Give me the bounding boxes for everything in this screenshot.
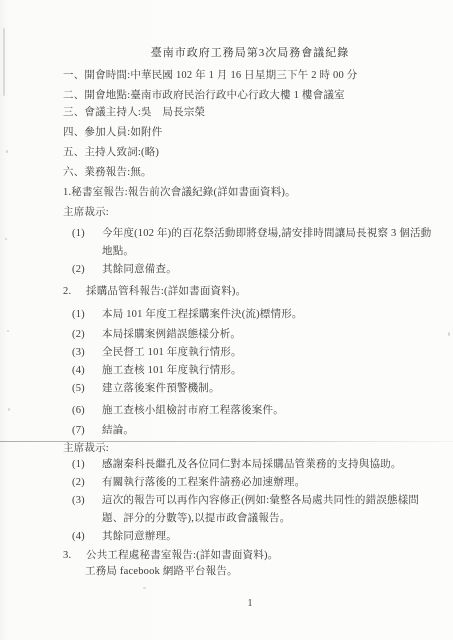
business-report-line: 六、業務報告:無。	[63, 166, 437, 180]
opening-remarks-line: 五、主持人致詞:(略)	[63, 146, 437, 160]
ruling-item-text: 這次的報告可以再作內容修正(例如:彙整各局處共同性的錯誤態樣問題、評分的分數等)…	[102, 492, 437, 528]
ruling-item-number: (1)	[72, 225, 102, 261]
ruling-item: (4) 其餘同意辦理。	[72, 528, 437, 546]
report-item-number: (1)	[72, 306, 102, 324]
report-2-heading: 2. 採購品管科報告:(詳如書面資料)。	[63, 285, 437, 299]
report-item-number: (2)	[72, 326, 102, 344]
report-item: (2) 本局採購案例錯誤態樣分析。	[72, 326, 437, 344]
attendees-line: 四、參加人員:如附件	[63, 126, 437, 140]
ruling-item-number: (3)	[72, 492, 102, 528]
chair-ruling-label-1: 主席裁示:	[63, 206, 437, 220]
ruling-item-text: 今年度(102 年)的百花祭活動即將登場,請安排時間讓局長視察 3 個活動地點。	[102, 225, 437, 261]
ruling-item-text: 感謝秦科長繼孔及各位同仁對本局採購品管業務的支持與協助。	[102, 456, 437, 474]
report-item: (7) 結論。	[72, 422, 437, 440]
report-3-heading: 3. 公共工程處秘書室報告:(詳如書面資料)。	[63, 549, 437, 563]
report-3-number: 3.	[63, 549, 86, 563]
report-item-text: 建立落後案件預警機制。	[102, 380, 437, 398]
meeting-time-line: 一、開會時間:中華民國 102 年 1 月 16 日星期三下午 2 時 00 分	[63, 69, 437, 83]
ruling-item-number: (1)	[72, 456, 102, 474]
report-item-text: 施工查核小組檢討市府工程落後案件。	[102, 402, 437, 420]
report-item-text: 結論。	[102, 422, 437, 440]
ruling-item-number: (2)	[72, 261, 102, 279]
scanned-meeting-minutes-page: 臺南市政府工務局第3次局務會議紀錄 一、開會時間:中華民國 102 年 1 月 …	[0, 0, 453, 640]
ruling-item: (3) 這次的報告可以再作內容修正(例如:彙整各局處共同性的錯誤態樣問題、評分的…	[72, 492, 437, 528]
report-item-text: 全民督工 101 年度執行情形。	[102, 344, 437, 362]
ruling-item-number: (4)	[72, 528, 102, 546]
document-body: 臺南市政府工務局第3次局務會議紀錄 一、開會時間:中華民國 102 年 1 月 …	[0, 0, 453, 611]
ruling-item: (1) 今年度(102 年)的百花祭活動即將登場,請安排時間讓局長視察 3 個活…	[72, 225, 437, 261]
meeting-chair-line: 三、會議主持人:吳 局長宗榮	[63, 106, 437, 120]
ruling-item-text: 有關執行落後的工程案件請務必加速辦理。	[102, 474, 437, 492]
page-title: 臺南市政府工務局第3次局務會議紀錄	[63, 46, 437, 60]
report-item: (5) 建立落後案件預警機制。	[72, 380, 437, 398]
report-item: (3) 全民督工 101 年度執行情形。	[72, 344, 437, 362]
ruling-item-number: (2)	[72, 474, 102, 492]
report-3-heading-text: 公共工程處秘書室報告:(詳如書面資料)。	[86, 549, 437, 563]
ruling-item-text: 其餘同意備查。	[102, 261, 437, 279]
report-item: (1) 本局 101 年度工程採購案件決(流)標情形。	[72, 306, 437, 324]
report-item-number: (5)	[72, 380, 102, 398]
report-item-text: 施工查核 101 年度執行情形。	[102, 362, 437, 380]
facebook-report-line: 工務局 facebook 網路平台報告。	[85, 565, 437, 579]
page-number: 1	[63, 597, 437, 611]
report-item-number: (6)	[72, 402, 102, 420]
ruling-item: (1) 感謝秦科長繼孔及各位同仁對本局採購品管業務的支持與協助。	[72, 456, 437, 474]
report-item: (4) 施工查核 101 年度執行情形。	[72, 362, 437, 380]
report-item-number: (4)	[72, 362, 102, 380]
report-item: (6) 施工查核小組檢討市府工程落後案件。	[72, 402, 437, 420]
report-2-heading-text: 採購品管科報告:(詳如書面資料)。	[86, 285, 437, 299]
report-item-number: (3)	[72, 344, 102, 362]
meeting-place-line: 二、開會地點:臺南市政府民治行政中心行政大樓 1 樓會議室	[63, 89, 437, 103]
report-2-number: 2.	[63, 285, 86, 299]
report-item-number: (7)	[72, 422, 102, 440]
chair-ruling-label-2: 主席裁示:	[63, 442, 437, 456]
ruling-item-text: 其餘同意辦理。	[102, 528, 437, 546]
ruling-item: (2) 有關執行落後的工程案件請務必加速辦理。	[72, 474, 437, 492]
report-item-text: 本局採購案例錯誤態樣分析。	[102, 326, 437, 344]
report-1-heading: 1.秘書室報告:報告前次會議紀錄(詳如書面資料)。	[63, 186, 437, 200]
report-item-text: 本局 101 年度工程採購案件決(流)標情形。	[102, 306, 437, 324]
ruling-item: (2) 其餘同意備查。	[72, 261, 437, 279]
